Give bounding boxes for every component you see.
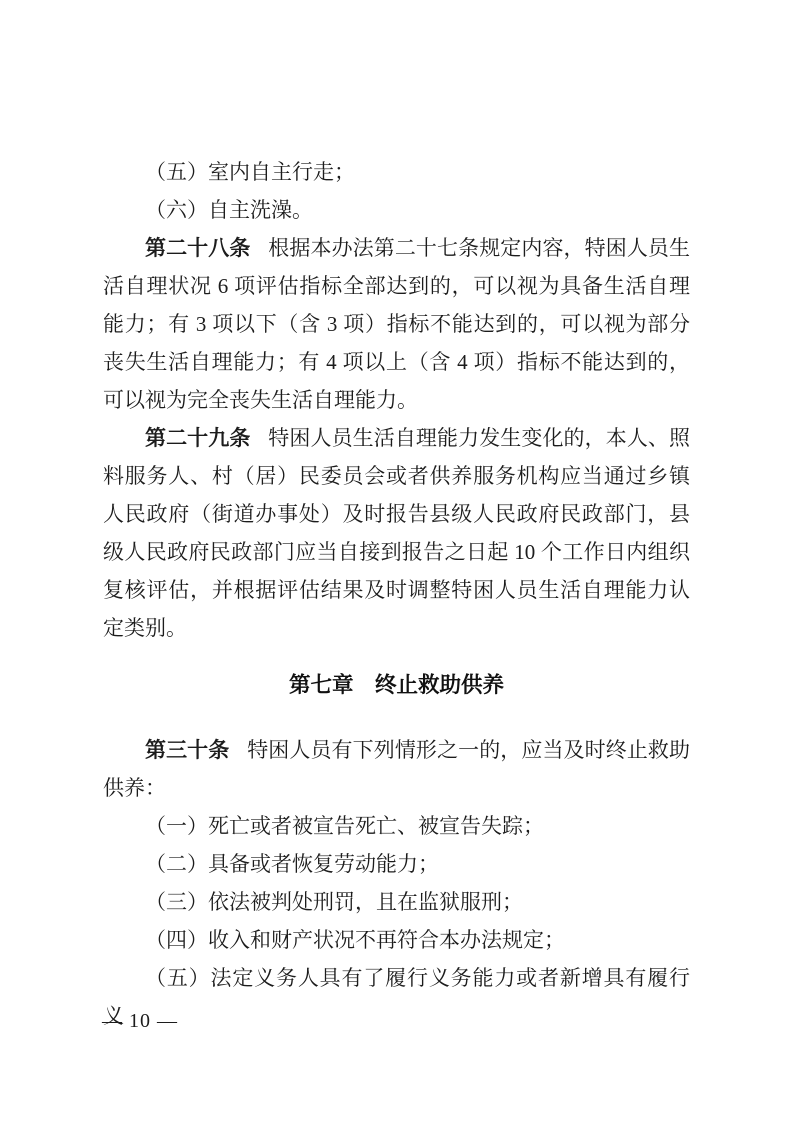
paragraph-article-30: 第三十条特困人员有下列情形之一的，应当及时终止救助供养：	[103, 731, 690, 807]
paragraph-article-29: 第二十九条特困人员生活自理能力发生变化的，本人、照料服务人、村（居）民委员会或者…	[103, 419, 690, 647]
document-content: （五）室内自主行走； （六）自主洗澡。 第二十八条根据本办法第二十七条规定内容，…	[103, 153, 690, 1035]
chapter-heading: 第七章 终止救助供养	[103, 666, 690, 704]
list-item: （六）自主洗澡。	[103, 191, 690, 229]
page-number: — 10 —	[102, 1008, 178, 1034]
article-body: 根据本办法第二十七条规定内容，特困人员生活自理状况 6 项评估指标全部达到的，可…	[103, 236, 690, 412]
list-item: （四）收入和财产状况不再符合本办法规定；	[103, 921, 690, 959]
document-page: （五）室内自主行走； （六）自主洗澡。 第二十八条根据本办法第二十七条规定内容，…	[0, 0, 793, 1122]
article-number: 第三十条	[145, 738, 229, 762]
article-number: 第二十八条	[145, 236, 250, 260]
list-item: （三）依法被判处刑罚，且在监狱服刑；	[103, 883, 690, 921]
list-item: （五）法定义务人具有了履行义务能力或者新增具有履行义	[103, 959, 690, 1035]
list-item: （二）具备或者恢复劳动能力；	[103, 845, 690, 883]
list-item: （五）室内自主行走；	[103, 153, 690, 191]
article-number: 第二十九条	[145, 426, 250, 450]
list-item: （一）死亡或者被宣告死亡、被宣告失踪；	[103, 807, 690, 845]
article-body: 特困人员生活自理能力发生变化的，本人、照料服务人、村（居）民委员会或者供养服务机…	[103, 426, 690, 640]
paragraph-article-28: 第二十八条根据本办法第二十七条规定内容，特困人员生活自理状况 6 项评估指标全部…	[103, 229, 690, 419]
